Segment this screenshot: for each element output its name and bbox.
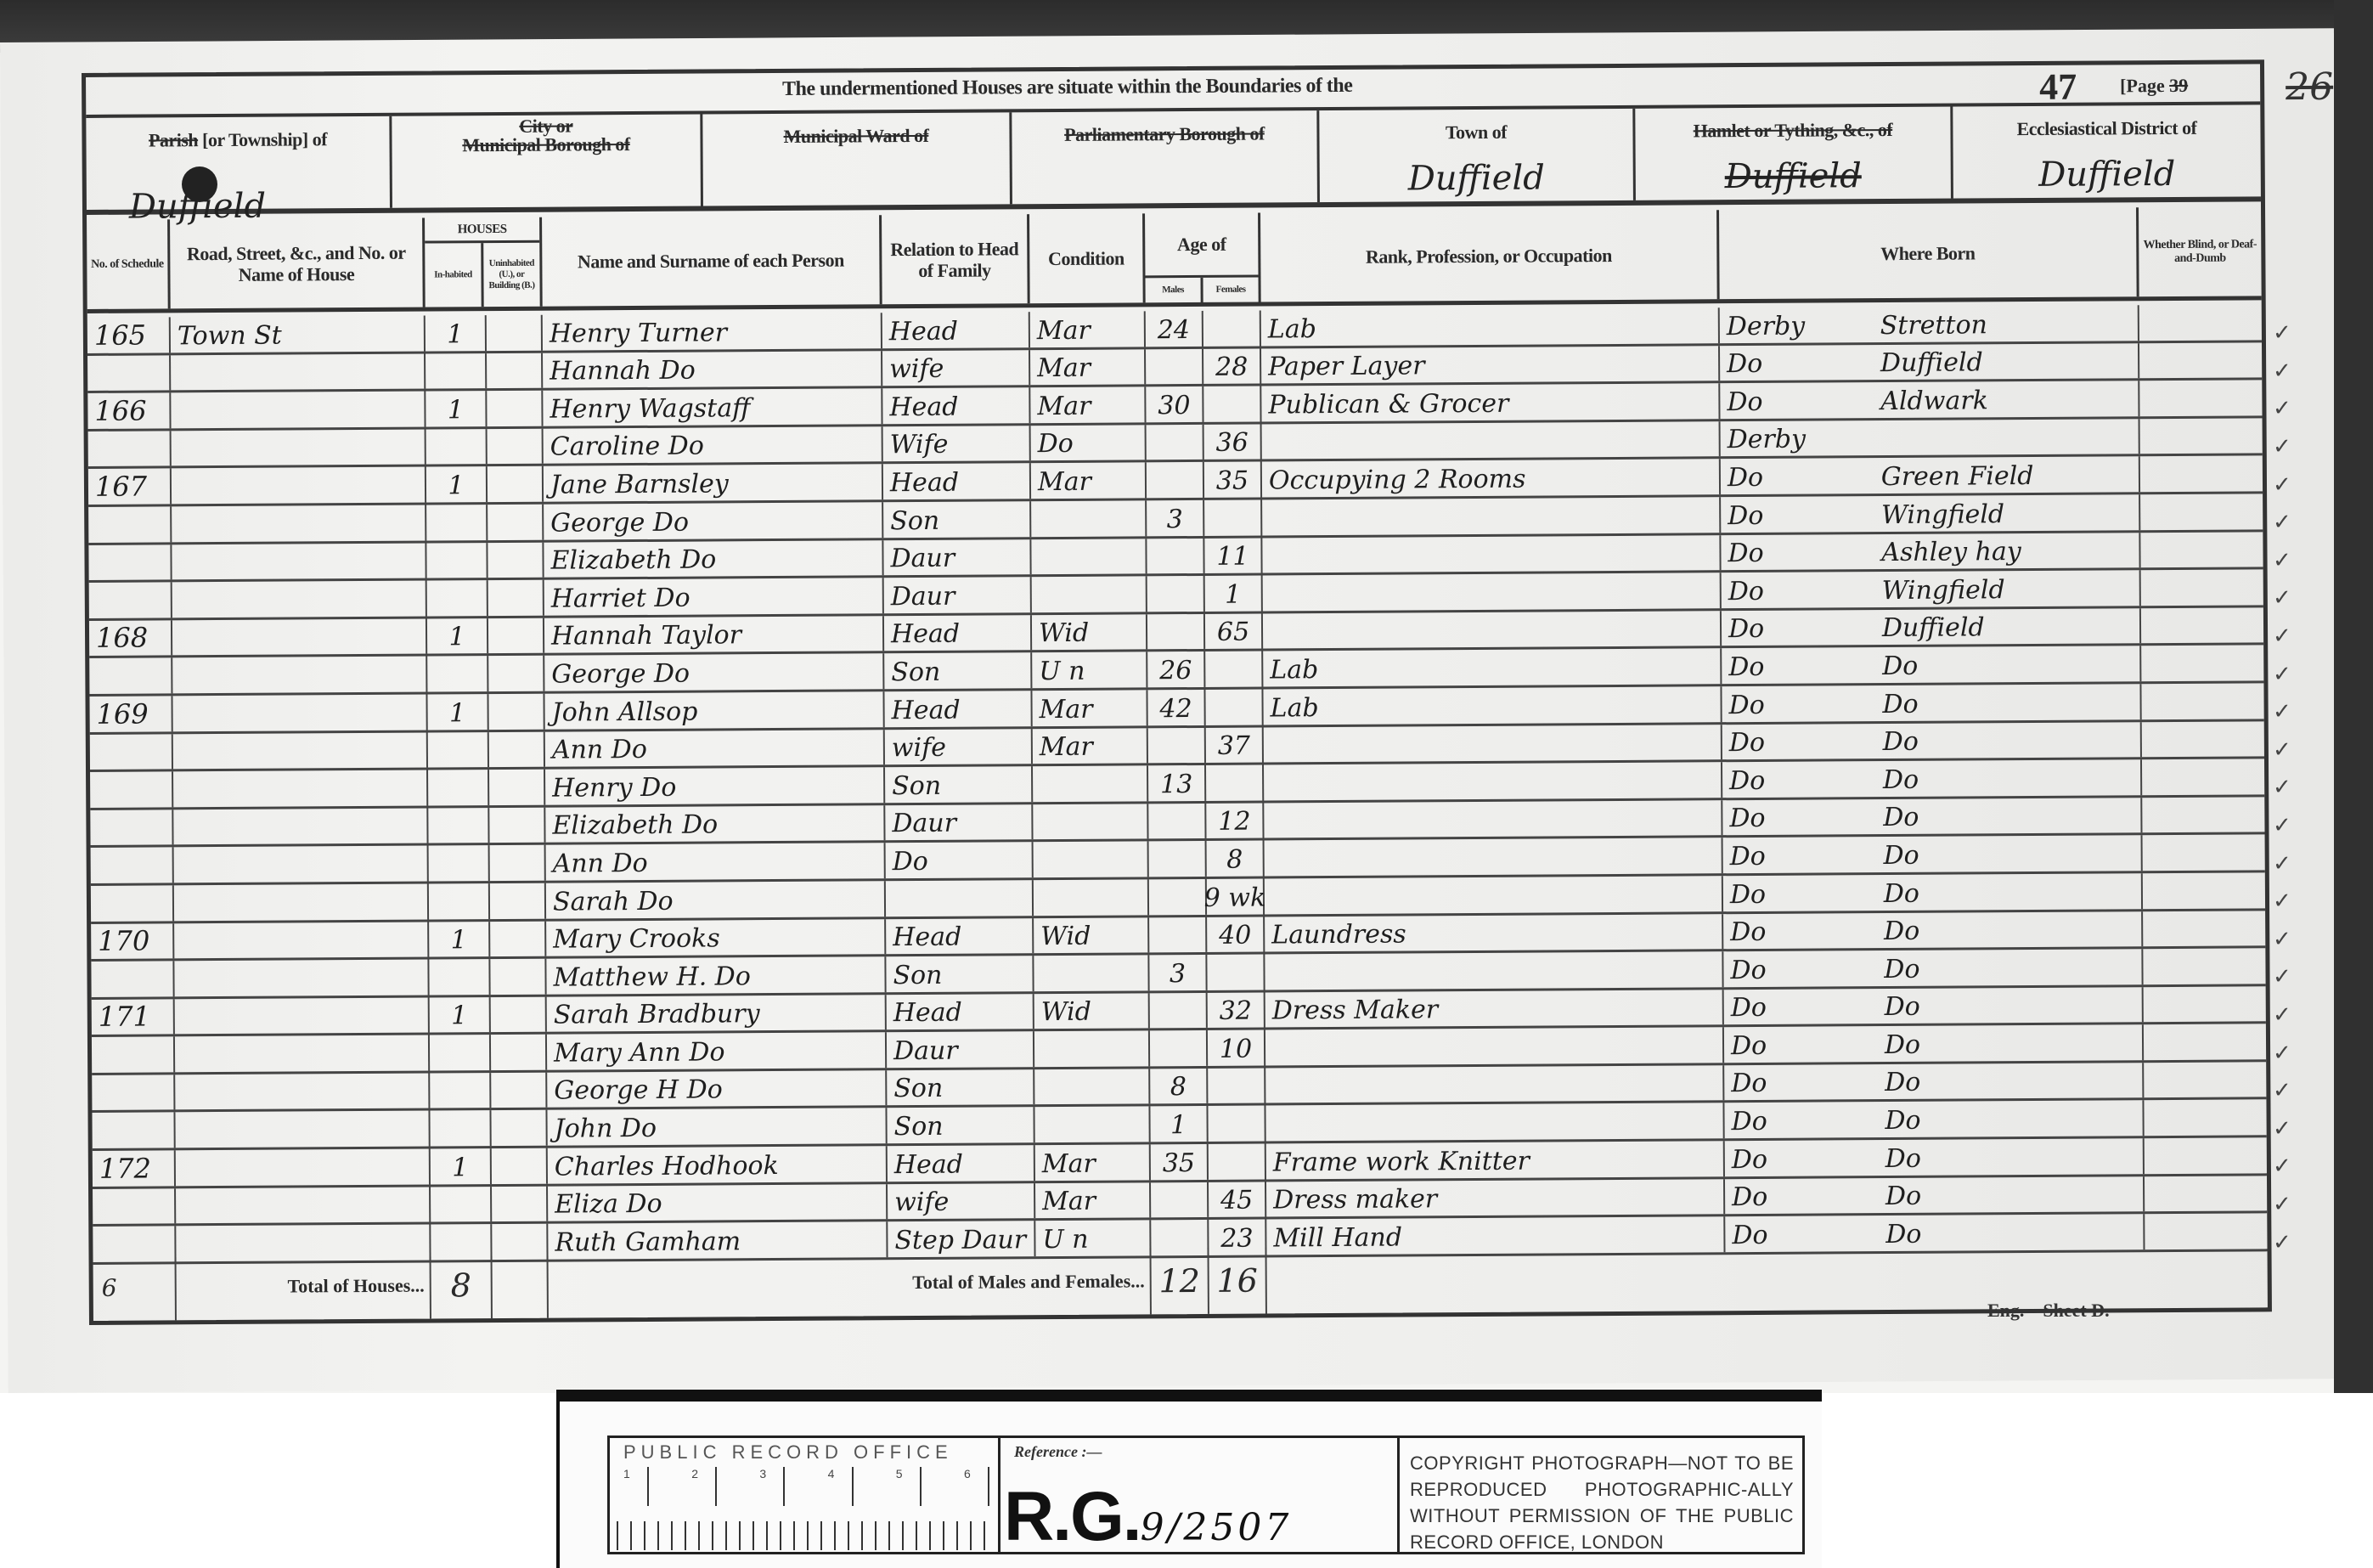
blind-cell	[2144, 1024, 2266, 1060]
relation-cell: Head	[884, 691, 1032, 727]
name-cell: Elizabeth Do	[544, 540, 883, 578]
female-age-cell	[1209, 1144, 1266, 1180]
condition-cell: Wid	[1034, 993, 1150, 1029]
blind-cell	[2144, 1062, 2266, 1097]
schedule-cell	[90, 734, 173, 770]
blind-cell	[2142, 797, 2264, 832]
check-mark-icon: ✓	[2273, 1109, 2307, 1148]
inhabited-cell: 1	[426, 391, 487, 426]
male-age-cell	[1148, 804, 1206, 839]
uninhabited-cell	[488, 656, 544, 691]
female-age-cell: 28	[1203, 348, 1261, 384]
inhabited-cell	[426, 429, 488, 465]
col-where-born: Where Born	[1719, 207, 2139, 299]
form-title: The undermentioned Houses are situate wi…	[782, 75, 1352, 101]
relation-cell: Son	[887, 1108, 1034, 1144]
where-born-cell: DoDo	[1723, 949, 2143, 987]
road-cell	[171, 353, 426, 390]
relation-cell: wife	[885, 729, 1033, 765]
totals-row: 6 Total of Houses... 8 Total of Males an…	[93, 1241, 2267, 1321]
relation-cell: wife	[888, 1183, 1035, 1220]
relation-cell: Wife	[883, 426, 1031, 462]
check-mark-icon: ✓	[2273, 769, 2307, 807]
check-mark-icon: ✓	[2273, 542, 2307, 580]
name-cell: Harriet Do	[544, 578, 884, 615]
uninhabited-cell	[487, 353, 543, 388]
schedule-cell: 171	[92, 999, 175, 1035]
uninhabited-cell	[492, 1148, 548, 1184]
male-age-cell	[1146, 349, 1203, 385]
occupation-cell	[1265, 838, 1723, 877]
condition-cell: Wid	[1032, 614, 1147, 650]
check-mark-icon: ✓	[2273, 1223, 2307, 1261]
road-cell	[175, 997, 430, 1034]
where-born-cell: DoDo	[1722, 684, 2141, 722]
uninhabited-cell	[491, 996, 547, 1032]
col-blind: Whether Blind, or Deaf-and-Dumb	[2139, 206, 2262, 296]
male-age-cell	[1147, 462, 1204, 498]
ecclesiastical-district-value: Duffield	[1953, 154, 2261, 195]
occupation-cell: Publican & Grocer	[1261, 383, 1720, 421]
parliamentary-borough-field: Parliamentary Borough of	[1012, 110, 1320, 204]
male-age-cell	[1147, 425, 1204, 460]
blind-cell	[2139, 381, 2262, 416]
occupation-cell	[1262, 535, 1721, 573]
where-born-cell: DoDo	[1723, 836, 2143, 874]
inhabited-cell	[429, 845, 490, 881]
parliamentary-borough-label: Parliamentary Borough of	[1012, 122, 1316, 146]
female-age-cell: 45	[1209, 1182, 1266, 1217]
male-age-cell: 13	[1148, 765, 1206, 801]
inhabited-cell	[430, 1073, 491, 1108]
col-males: Males	[1145, 278, 1203, 302]
col-occupation: Rank, Profession, or Occupation	[1260, 210, 1720, 302]
condition-cell: Do	[1031, 425, 1147, 460]
born-county: Do	[1729, 765, 1883, 796]
condition-cell	[1034, 1107, 1150, 1142]
born-place: Green Field	[1881, 460, 2132, 492]
check-mark-icon: ✓	[2273, 390, 2307, 428]
born-place: Ashley hay	[1881, 536, 2132, 567]
where-born-cell: DoDo	[1722, 646, 2141, 685]
margin-mark: 6	[93, 1254, 176, 1321]
name-cell: Henry Wagstaff	[543, 388, 882, 426]
schedule-cell	[92, 1037, 175, 1073]
col-name: Name and Surname of each Person	[542, 215, 882, 306]
ruler-scale: PUBLIC RECORD OFFICE 123456	[610, 1438, 1000, 1552]
relation-cell: Head	[887, 994, 1034, 1030]
name-cell: Mary Crooks	[546, 919, 886, 956]
road-cell	[172, 657, 427, 693]
check-mark-icon: ✓	[2273, 844, 2307, 883]
road-cell	[173, 770, 428, 807]
blind-cell	[2139, 342, 2262, 378]
blind-cell	[2139, 304, 2262, 340]
male-age-cell	[1149, 879, 1207, 915]
page-prefix: [Page	[2120, 75, 2165, 96]
schedule-cell	[91, 885, 174, 921]
col-road: Road, Street, &c., and No. or Name of Ho…	[170, 218, 426, 309]
condition-cell	[1033, 804, 1148, 839]
parish-field: Parish [or Township] of Duffield	[86, 116, 392, 210]
condition-cell	[1031, 539, 1147, 574]
blind-cell	[2142, 721, 2264, 757]
where-born-cell: DoDo	[1723, 911, 2143, 950]
born-place: Stretton	[1880, 309, 2131, 341]
born-place: Duffield	[1880, 347, 2131, 378]
where-born-cell: DerbyStretton	[1720, 305, 2139, 343]
inhabited-cell	[430, 1035, 491, 1070]
male-age-cell: 3	[1149, 955, 1207, 990]
relation-cell: Daur	[883, 539, 1031, 576]
where-born-cell: DoWingfield	[1722, 570, 2141, 608]
born-county: Do	[1731, 992, 1885, 1023]
ecclesiastical-district-label: Ecclesiastical District of	[1953, 116, 2260, 140]
relation-cell: Son	[885, 766, 1033, 803]
col-uninhabited: Uninhabited (U.), or Building (B.)	[483, 243, 539, 307]
name-cell: Sarah Bradbury	[547, 995, 887, 1032]
relation-cell: Head	[882, 387, 1030, 424]
born-county: Do	[1730, 955, 1884, 985]
inhabited-cell: 1	[427, 694, 488, 730]
condition-cell	[1034, 955, 1149, 990]
female-age-cell	[1203, 311, 1261, 347]
female-age-cell: 8	[1207, 841, 1265, 877]
born-county: Do	[1730, 879, 1884, 910]
male-age-cell	[1147, 538, 1204, 573]
check-mark-icon: ✓	[2273, 504, 2307, 542]
schedule-cell	[88, 506, 172, 542]
check-mark-icon: ✓	[2273, 618, 2307, 656]
blind-cell	[2145, 1137, 2267, 1173]
born-place: Wingfield	[1881, 499, 2132, 530]
condition-cell	[1033, 765, 1148, 801]
born-county: Do	[1730, 841, 1884, 871]
relation-cell: Daur	[887, 1031, 1034, 1068]
check-mark-icon: ✓	[2273, 1072, 2307, 1110]
born-county: Do	[1731, 1030, 1885, 1061]
reference-label-strip: PUBLIC RECORD OFFICE 123456 Reference :—…	[556, 1390, 1822, 1568]
relation-cell: Daur	[885, 804, 1033, 841]
inhabited-cell	[426, 543, 488, 578]
condition-cell: Mar	[1035, 1182, 1151, 1218]
occupation-cell	[1264, 725, 1722, 763]
male-age-cell: 35	[1151, 1144, 1209, 1180]
female-age-cell	[1204, 499, 1262, 535]
schedule-cell	[89, 583, 172, 618]
occupation-cell: Lab	[1263, 649, 1722, 687]
parish-label: Parish [or Township] of	[86, 128, 389, 152]
condition-cell: Mar	[1032, 690, 1147, 725]
road-cell	[175, 1111, 430, 1148]
female-age-cell: 40	[1207, 917, 1265, 952]
town-field: Town of Duffield	[1319, 109, 1636, 202]
born-county: Do	[1727, 348, 1880, 379]
ruler-number: 5	[896, 1467, 922, 1506]
occupation-cell	[1263, 572, 1722, 611]
road-cell	[174, 846, 429, 883]
where-born-cell: DoWingfield	[1721, 494, 2140, 533]
schedule-cell	[88, 544, 172, 580]
condition-cell: U n	[1032, 652, 1147, 688]
blind-cell	[2140, 456, 2263, 492]
condition-cell: Wid	[1034, 917, 1149, 953]
road-cell	[172, 694, 427, 730]
uninhabited-cell	[490, 883, 546, 919]
female-age-cell	[1205, 689, 1263, 725]
female-age-cell	[1208, 1106, 1265, 1142]
schedule-cell	[93, 1188, 176, 1224]
born-county: Do	[1731, 1106, 1885, 1137]
male-age-cell: 3	[1147, 500, 1204, 536]
road-cell	[172, 618, 427, 655]
occupation-cell	[1262, 497, 1721, 535]
uninhabited-cell	[492, 1186, 548, 1221]
municipal-borough-field: City or Municipal Borough of	[392, 115, 703, 208]
ruler-number: 1	[623, 1467, 649, 1506]
total-houses-value: 8	[431, 1252, 492, 1318]
schedule-cell	[90, 809, 173, 845]
born-place: Do	[1882, 650, 2133, 681]
occupation-cell	[1263, 611, 1722, 649]
schedule-cell: 167	[88, 469, 172, 505]
road-cell	[173, 808, 428, 844]
col-inhabited: In-habited	[425, 243, 483, 307]
born-place: Do	[1885, 1029, 2135, 1060]
male-age-cell	[1147, 614, 1205, 650]
blind-cell	[2143, 835, 2265, 871]
condition-cell: Mar	[1031, 463, 1147, 499]
inhabited-cell	[430, 1111, 491, 1147]
female-age-cell: 1	[1205, 576, 1263, 612]
uninhabited-cell	[488, 694, 544, 730]
road-cell	[172, 429, 426, 465]
where-born-cell: DoDo	[1722, 722, 2142, 760]
where-born-cell: DoDo	[1724, 1024, 2144, 1063]
road-cell: Town St	[171, 316, 426, 353]
place-fields-row: Parish [or Township] of Duffield City or…	[86, 104, 2261, 215]
uninhabited-cell	[488, 505, 544, 540]
uninhabited-cell	[491, 1110, 547, 1146]
born-county: Derby	[1728, 424, 1881, 454]
born-place	[1880, 423, 2131, 454]
uninhabited-cell	[490, 959, 546, 995]
born-place: Do	[1884, 953, 2134, 984]
occupation-cell: Lab	[1261, 307, 1720, 346]
schedule-cell: 172	[93, 1150, 176, 1186]
relation-cell: Son	[884, 653, 1032, 690]
municipal-borough-label: City or Municipal Borough of	[392, 116, 700, 155]
road-cell	[175, 1073, 430, 1109]
occupation-cell: Paper Layer	[1261, 346, 1720, 384]
uninhabited-cell	[488, 428, 544, 464]
road-cell	[172, 543, 426, 579]
born-county: Do	[1730, 917, 1884, 947]
municipal-ward-field: Municipal Ward of	[702, 112, 1012, 206]
where-born-cell: DoDuffield	[1720, 343, 2139, 381]
male-age-cell	[1150, 993, 1208, 1029]
totals-blank	[1266, 1241, 2267, 1313]
male-age-cell: 24	[1146, 311, 1203, 347]
col-schedule: No. of Schedule	[87, 219, 171, 309]
inhabited-cell: 1	[427, 618, 488, 654]
inhabited-cell	[429, 959, 490, 995]
road-cell	[176, 1187, 431, 1223]
col-condition: Condition	[1029, 213, 1146, 303]
total-persons-label: Total of Males and Females...	[548, 1248, 1151, 1317]
born-county: Do	[1729, 803, 1883, 833]
inhabited-cell	[428, 808, 489, 843]
name-cell: Elizabeth Do	[545, 805, 885, 843]
born-place: Do	[1883, 802, 2133, 833]
blind-cell	[2141, 683, 2263, 719]
born-county: Do	[1728, 462, 1881, 493]
relation-cell: Do	[886, 842, 1034, 878]
schedule-cell	[92, 1074, 175, 1110]
condition-cell	[1034, 1031, 1150, 1067]
occupation-cell: Dress maker	[1266, 1179, 1725, 1217]
born-place: Do	[1883, 725, 2133, 757]
occupation-cell	[1265, 1103, 1724, 1142]
uninhabited-cell	[488, 618, 544, 653]
road-cell	[175, 1035, 430, 1072]
blind-cell	[2140, 532, 2263, 567]
born-county: Do	[1728, 500, 1881, 531]
hamlet-label: Hamlet or Tything, &c., of	[1635, 119, 1950, 143]
check-mark-icon: ✓	[2273, 883, 2307, 921]
female-age-cell: 10	[1208, 1030, 1265, 1066]
born-county: Do	[1732, 1182, 1885, 1212]
col-age: Age of Males Females	[1145, 213, 1261, 303]
female-age-cell: 35	[1204, 462, 1262, 498]
inhabited-cell: 1	[429, 922, 490, 957]
punch-hole	[182, 166, 217, 202]
where-born-cell: DoGreen Field	[1721, 457, 2140, 495]
check-mark-icon: ✓	[2273, 731, 2307, 770]
road-cell	[172, 581, 427, 618]
uninhabited-cell	[491, 1073, 547, 1108]
relation-cell: Daur	[884, 577, 1032, 613]
check-mark-icon: ✓	[2273, 353, 2307, 391]
relation-cell: Son	[887, 1069, 1034, 1106]
born-county: Do	[1728, 576, 1882, 606]
relation-cell: Son	[883, 501, 1031, 538]
relation-cell: Head	[884, 615, 1032, 651]
where-born-cell: DoDo	[1722, 798, 2142, 836]
reference-code: R.G.9/2507	[1004, 1477, 1292, 1557]
name-cell: Mary Ann Do	[547, 1033, 887, 1070]
ruler-number: 3	[759, 1467, 785, 1506]
total-houses-label: Total of Houses...	[176, 1253, 431, 1321]
sheet-footer: Eng.—Sheet D.	[1987, 1300, 2110, 1322]
uninhabited-cell	[487, 391, 543, 426]
ruler-number: 4	[828, 1467, 854, 1506]
name-cell: Charles Hodhook	[548, 1146, 888, 1183]
male-age-cell: 8	[1150, 1069, 1208, 1104]
where-born-cell: DoDo	[1723, 873, 2143, 911]
condition-cell	[1031, 500, 1147, 536]
male-age-cell	[1149, 917, 1207, 952]
relation-cell	[886, 880, 1034, 917]
female-age-cell: 65	[1205, 613, 1263, 649]
occupation-cell	[1265, 876, 1723, 914]
condition-cell: Mar	[1033, 728, 1148, 764]
where-born-cell: DoDo	[1725, 1176, 2145, 1215]
road-cell	[174, 922, 429, 958]
occupation-cell	[1265, 951, 1723, 990]
blind-cell	[2140, 494, 2263, 529]
blind-cell	[2144, 1100, 2266, 1136]
name-cell: George Do	[544, 654, 884, 691]
born-place: Wingfield	[1882, 574, 2133, 606]
born-place: Do	[1884, 915, 2134, 946]
where-born-cell: Derby	[1721, 419, 2140, 457]
town-label: Town of	[1319, 121, 1632, 144]
blind-cell	[2141, 646, 2263, 681]
where-born-cell: DoAldwark	[1720, 381, 2139, 419]
col-females: Females	[1203, 278, 1258, 302]
male-age-cell: 30	[1146, 386, 1203, 422]
check-mark-icon: ✓	[2273, 314, 2307, 353]
check-mark-icon: ✓	[2273, 579, 2307, 618]
born-place: Aldwark	[1880, 385, 2131, 416]
condition-cell: Mar	[1030, 349, 1146, 385]
where-born-cell: DoDuffield	[1722, 608, 2141, 646]
check-mark-icon: ✓	[2273, 807, 2307, 845]
born-place: Do	[1885, 1067, 2135, 1098]
name-cell: George Do	[544, 502, 883, 539]
male-age-cell	[1151, 1182, 1209, 1218]
uninhabited-cell	[488, 580, 544, 616]
schedule-cell	[88, 431, 172, 466]
occupation-cell	[1264, 800, 1722, 838]
inhabited-cell	[431, 1187, 492, 1222]
occupation-cell: Dress Maker	[1265, 990, 1724, 1028]
name-cell: George H Do	[547, 1070, 887, 1108]
road-cell	[174, 960, 429, 996]
relation-cell: wife	[882, 350, 1030, 386]
total-females: 16	[1209, 1248, 1266, 1314]
uninhabited-cell	[490, 921, 546, 956]
name-cell: Sarah Do	[546, 881, 886, 918]
record-office-name: PUBLIC RECORD OFFICE	[623, 1441, 953, 1464]
uninhabited-cell	[489, 770, 545, 805]
name-cell: Henry Turner	[543, 313, 882, 350]
schedule-cell: 170	[91, 923, 174, 959]
municipal-ward-label: Municipal Ward of	[702, 124, 1009, 148]
born-place: Duffield	[1882, 612, 2133, 644]
blind-cell	[2145, 1176, 2267, 1211]
born-county: Derby	[1727, 311, 1880, 341]
col-houses-title: HOUSES	[425, 217, 539, 244]
check-mark-icon: ✓	[2273, 958, 2307, 996]
occupation-cell: Frame work Knitter	[1266, 1141, 1725, 1179]
inhabited-cell	[429, 883, 490, 919]
condition-cell: Mar	[1030, 387, 1146, 423]
born-place: Do	[1885, 1180, 2136, 1211]
col-houses: HOUSES In-habited Uninhabited (U.), or B…	[425, 217, 543, 307]
inhabited-cell	[426, 353, 487, 389]
born-place: Do	[1885, 1142, 2136, 1174]
reference-label: Reference :—	[1014, 1443, 1102, 1461]
blind-cell	[2140, 418, 2263, 454]
male-age-cell	[1150, 1030, 1208, 1066]
ecclesiastical-district-field: Ecclesiastical District of Duffield	[1953, 104, 2261, 198]
born-county: Do	[1728, 690, 1882, 720]
male-age-cell: 42	[1147, 690, 1205, 725]
page-struck-number: 39	[2169, 75, 2188, 96]
name-cell: John Do	[547, 1108, 887, 1146]
